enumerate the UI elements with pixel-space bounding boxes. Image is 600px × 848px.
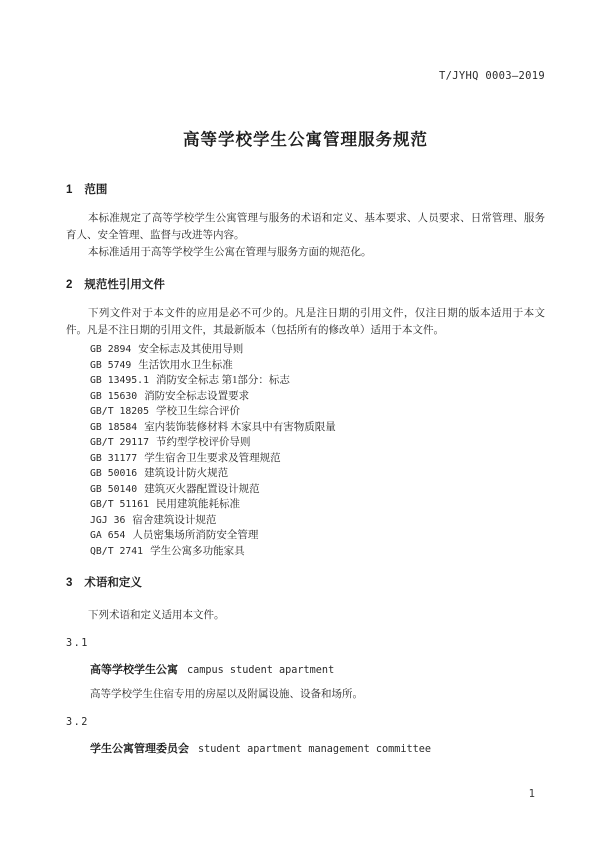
reference-item: JGJ 36宿舍建筑设计规范 bbox=[66, 513, 545, 529]
reference-name: 室内装饰装修材料 木家具中有害物质限量 bbox=[144, 422, 336, 433]
reference-name: 消防安全标志设置要求 bbox=[144, 391, 249, 402]
normative-references-intro: 下列文件对于本文件的应用是必不可少的。凡是注日期的引用文件，仅注日期的版本适用于… bbox=[66, 305, 545, 339]
reference-code: GB 50140 bbox=[90, 484, 137, 495]
reference-code: QB/T 2741 bbox=[90, 546, 143, 557]
reference-name: 安全标志及其使用导则 bbox=[138, 344, 243, 355]
reference-code: GB 5749 bbox=[90, 360, 131, 371]
section-title: 术语和定义 bbox=[84, 577, 142, 589]
section-number: 3 bbox=[66, 577, 72, 589]
reference-item: GB 31177学生宿舍卫生要求及管理规范 bbox=[66, 451, 545, 467]
section-number: 1 bbox=[66, 184, 72, 196]
reference-name: 建筑灭火器配置设计规范 bbox=[144, 484, 260, 495]
reference-code: GB 18584 bbox=[90, 422, 137, 433]
reference-item: GB 50016建筑设计防火规范 bbox=[66, 466, 545, 482]
doc-title: 高等学校学生公寓管理服务规范 bbox=[66, 128, 545, 152]
reference-code: GB 50016 bbox=[90, 468, 137, 479]
reference-item: GB 5749生活饮用水卫生标准 bbox=[66, 358, 545, 374]
term-line: 高等学校学生公寓campus student apartment bbox=[66, 661, 545, 678]
term-number: 3.1 bbox=[66, 636, 545, 651]
reference-name: 消防安全标志 第1部分：标志 bbox=[156, 375, 290, 386]
terms-intro: 下列术语和定义适用本文件。 bbox=[66, 608, 545, 624]
reference-code: GB 2894 bbox=[90, 344, 131, 355]
doc-number: T/JYHQ 0003—2019 bbox=[66, 70, 545, 83]
reference-code: GB/T 29117 bbox=[90, 437, 149, 448]
reference-name: 学生宿舍卫生要求及管理规范 bbox=[144, 453, 281, 464]
scope-paragraphs: 本标准规定了高等学校学生公寓管理与服务的术语和定义、基本要求、人员要求、日常管理… bbox=[66, 210, 545, 261]
reference-code: GB 15630 bbox=[90, 391, 137, 402]
reference-item: GB/T 18205学校卫生综合评价 bbox=[66, 404, 545, 420]
term-entry-3-2: 3.2 学生公寓管理委员会student apartment managemen… bbox=[66, 715, 545, 757]
term-line: 学生公寓管理委员会student apartment management co… bbox=[66, 740, 545, 757]
reference-code: GB 13495.1 bbox=[90, 375, 149, 386]
reference-item: GB 13495.1消防安全标志 第1部分：标志 bbox=[66, 373, 545, 389]
term-zh: 高等学校学生公寓 bbox=[90, 664, 178, 676]
section-heading-terms: 3术语和定义 bbox=[66, 575, 545, 591]
reference-name: 建筑设计防火规范 bbox=[144, 468, 228, 479]
scope-paragraph: 本标准适用于高等学校学生公寓在管理与服务方面的规范化。 bbox=[66, 244, 545, 261]
reference-code: GB/T 51161 bbox=[90, 499, 149, 510]
section-title: 规范性引用文件 bbox=[84, 279, 165, 291]
reference-item: GA 654人员密集场所消防安全管理 bbox=[66, 528, 545, 544]
reference-item: GB/T 51161民用建筑能耗标准 bbox=[66, 497, 545, 513]
reference-name: 民用建筑能耗标准 bbox=[156, 499, 240, 510]
term-definition: 高等学校学生住宿专用的房屋以及附属设施、设备和场所。 bbox=[66, 687, 545, 703]
reference-name: 人员密集场所消防安全管理 bbox=[132, 530, 258, 541]
reference-code: GB 31177 bbox=[90, 453, 137, 464]
reference-item: GB 15630消防安全标志设置要求 bbox=[66, 389, 545, 405]
reference-item: GB 18584室内装饰装修材料 木家具中有害物质限量 bbox=[66, 420, 545, 436]
term-entry-3-1: 3.1 高等学校学生公寓campus student apartment 高等学… bbox=[66, 636, 545, 703]
reference-item: QB/T 2741学生公寓多功能家具 bbox=[66, 544, 545, 560]
reference-list: GB 2894安全标志及其使用导则 GB 5749生活饮用水卫生标准 GB 13… bbox=[66, 342, 545, 559]
page-number: 1 bbox=[66, 788, 545, 800]
section-heading-scope: 1范围 bbox=[66, 182, 545, 198]
term-zh: 学生公寓管理委员会 bbox=[90, 743, 189, 755]
reference-item: GB 50140建筑灭火器配置设计规范 bbox=[66, 482, 545, 498]
reference-item: GB 2894安全标志及其使用导则 bbox=[66, 342, 545, 358]
reference-name: 节约型学校评价导则 bbox=[156, 437, 251, 448]
reference-code: GB/T 18205 bbox=[90, 406, 149, 417]
reference-name: 学生公寓多功能家具 bbox=[150, 546, 245, 557]
term-en: campus student apartment bbox=[187, 665, 334, 676]
document-page: T/JYHQ 0003—2019 高等学校学生公寓管理服务规范 1范围 本标准规… bbox=[0, 0, 600, 848]
section-title: 范围 bbox=[84, 184, 107, 196]
term-number: 3.2 bbox=[66, 715, 545, 730]
scope-paragraph: 本标准规定了高等学校学生公寓管理与服务的术语和定义、基本要求、人员要求、日常管理… bbox=[66, 210, 545, 244]
reference-name: 生活饮用水卫生标准 bbox=[138, 360, 233, 371]
reference-code: GA 654 bbox=[90, 530, 125, 541]
section-heading-normative-references: 2规范性引用文件 bbox=[66, 277, 545, 293]
reference-code: JGJ 36 bbox=[90, 515, 125, 526]
reference-name: 学校卫生综合评价 bbox=[156, 406, 240, 417]
term-en: student apartment management committee bbox=[198, 744, 431, 755]
section-number: 2 bbox=[66, 279, 72, 291]
reference-item: GB/T 29117节约型学校评价导则 bbox=[66, 435, 545, 451]
reference-name: 宿舍建筑设计规范 bbox=[132, 515, 216, 526]
